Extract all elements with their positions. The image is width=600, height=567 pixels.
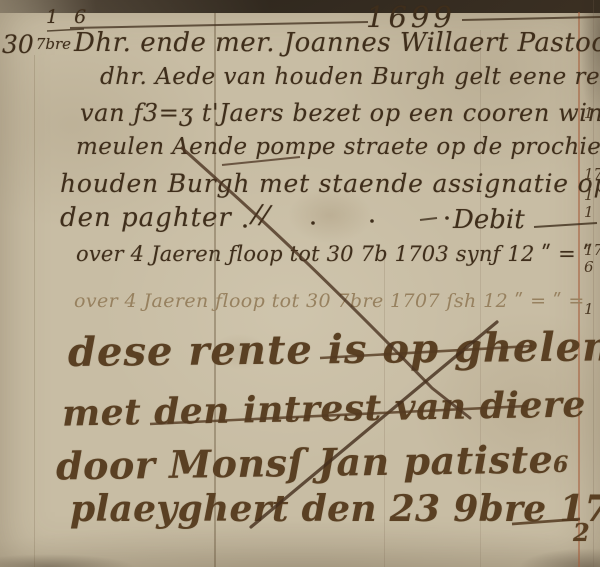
ink-dot xyxy=(445,216,449,220)
crease-line-left xyxy=(34,55,35,567)
entry-line-6: den paghter xyxy=(60,203,232,233)
margin-number-fragment: 1 xyxy=(584,203,594,221)
margin-number-fragment: 1 xyxy=(584,104,594,122)
margin-number-fragment: 1 xyxy=(584,186,594,204)
page-number: 1 6 xyxy=(46,6,91,28)
entry-line-8-faded: over 4 Jaeren ƒloop tot 30 7bre 1707 ſsh… xyxy=(74,290,585,312)
margin-number-fragment: 17 xyxy=(584,241,600,259)
entry-line-3: van ƒ3=ʒ t'Jaers bezet op een cooren win… xyxy=(80,99,600,127)
margin-number-fragment: 6 xyxy=(584,258,594,276)
margin-date-month: 7bre xyxy=(36,35,71,53)
margin-number-fragment: 1 xyxy=(584,300,594,318)
entry-line-7: over 4 Jaeren ƒloop tot 30 7b 1703 synƒ … xyxy=(76,242,600,266)
note-line-2: met den intrest van diere xyxy=(62,383,586,434)
ink-dot xyxy=(243,224,247,228)
debit-trailing-dash xyxy=(534,223,597,227)
entry-line6-slash-marks: // xyxy=(250,199,271,231)
ink-dash xyxy=(420,218,437,220)
ink-dot xyxy=(311,221,315,225)
note-fraction-top: 6 xyxy=(553,452,568,478)
note-line-3: door Monsſ Jan patiste xyxy=(56,437,554,489)
margin-number-fragment: 17 xyxy=(584,165,600,183)
note-line-4-text: plaeyghert den 23 9bre xyxy=(70,488,559,530)
margin-date-day: 30 xyxy=(2,30,34,59)
entry-line-2: dhr. Aede van houden Burgh gelt eene ren… xyxy=(100,64,600,90)
entry-line-4: meulen Aende pompe straete op de prochie… xyxy=(76,134,600,160)
note-fraction-bottom: 2 xyxy=(573,518,590,547)
note-line-1: dese rente is op ghelent xyxy=(68,323,600,376)
entry-line-1: Dhr. ende mer. Joannes Willaert Pastoor xyxy=(74,28,600,58)
margin-date: 307bre xyxy=(2,30,71,59)
manuscript-page: 1 6 307bre 1699 Dhr. ende mer. Joannes W… xyxy=(0,0,600,567)
ink-dot xyxy=(370,219,374,223)
entry-line-5: houden Burgh met staende assignatie op xyxy=(60,169,600,198)
note-line-4: plaeyghert den 23 9bre 1712 xyxy=(70,488,600,530)
debit-label: Debit xyxy=(453,205,525,235)
